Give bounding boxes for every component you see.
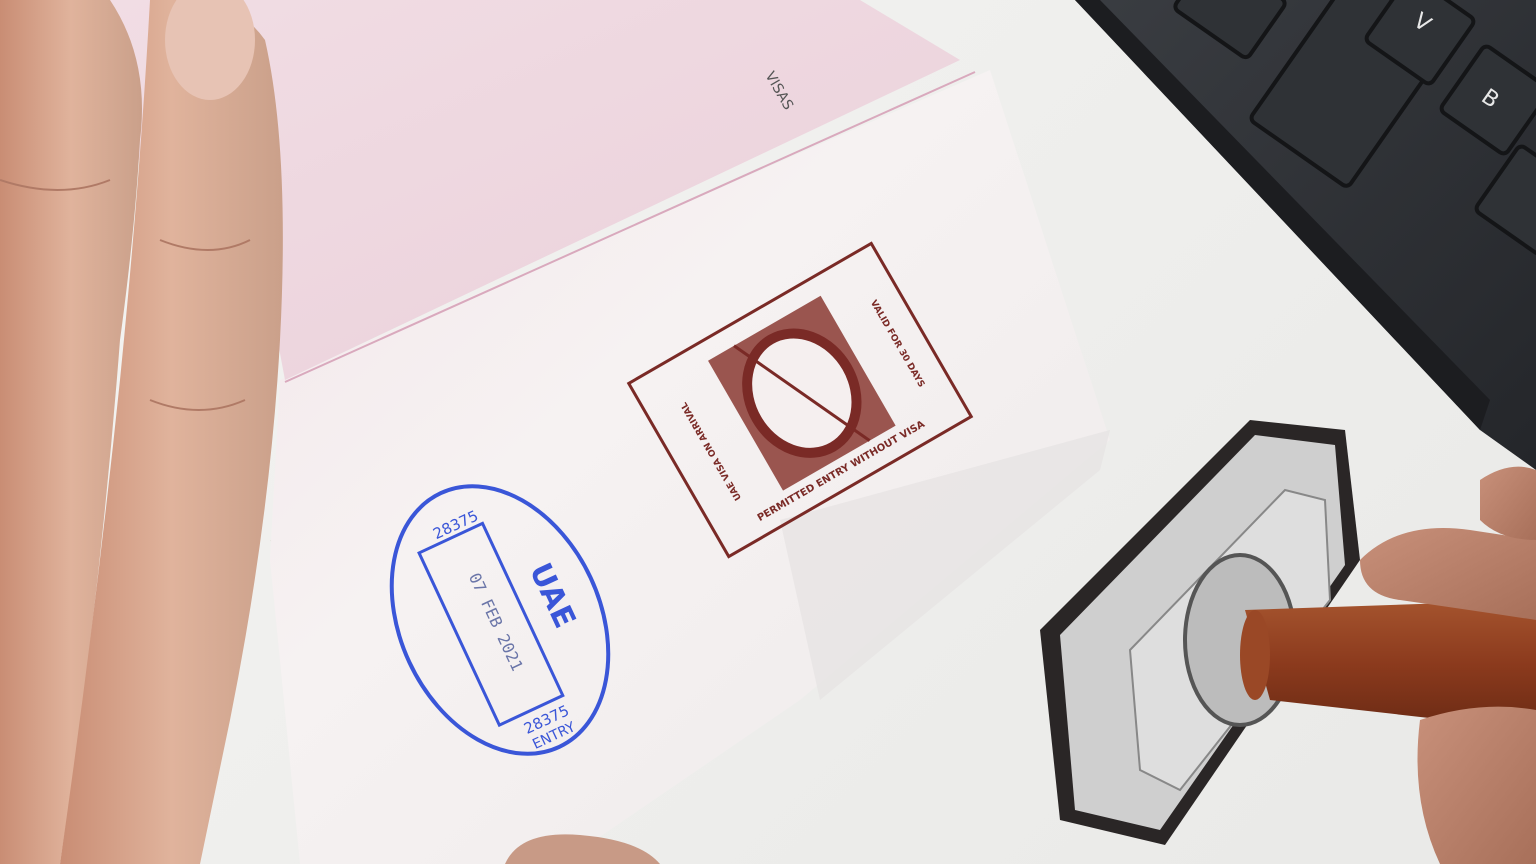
photo-scene: V B VISAS 28375 UAE 07 FEB 2021 28375 EN… [0, 0, 1536, 864]
scene-illustration: V B VISAS 28375 UAE 07 FEB 2021 28375 EN… [0, 0, 1536, 864]
keyboard: V B [1075, 0, 1536, 470]
